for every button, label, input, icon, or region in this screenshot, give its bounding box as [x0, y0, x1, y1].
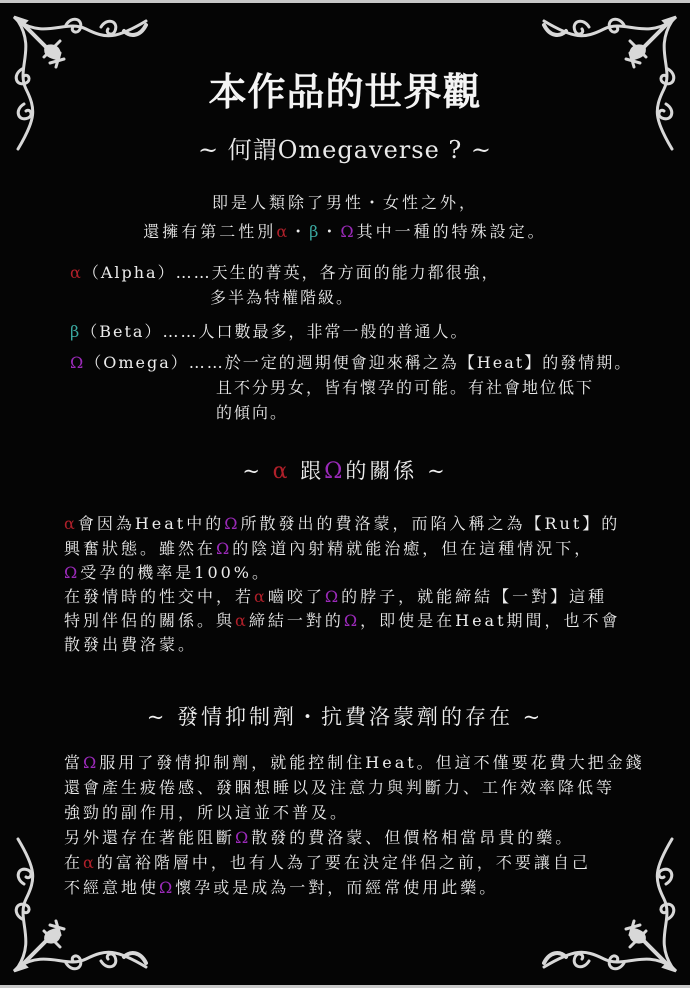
- omega-symbol: Ω: [235, 828, 251, 847]
- suppressant-paragraph-line-2: 還會產生疲倦感、發睏想睡以及注意力與判斷力、工作效率降低等: [64, 777, 615, 799]
- alpha-symbol: α: [276, 222, 290, 241]
- text: 散發出費洛蒙。: [64, 635, 197, 654]
- text: 在: [64, 853, 83, 872]
- text: ，即使是在Heat期間，也不會: [360, 611, 620, 630]
- text: 的富裕階層中，也有人為了要在決定伴侶之前，不要讓自己: [97, 853, 591, 872]
- alpha-symbol: α: [83, 853, 97, 872]
- intro-text: 還擁有第二性別: [143, 222, 276, 241]
- alpha-symbol: α: [70, 263, 83, 282]
- intro-line-1: 即是人類除了男性・女性之外，: [0, 192, 690, 214]
- heading-text: 的關係 ~: [345, 459, 447, 483]
- page-subtitle: ~ 何謂Omegaverse ? ~: [0, 130, 690, 165]
- document-page: 本作品的世界觀 ~ 何謂Omegaverse ? ~ 即是人類除了男性・女性之外…: [0, 3, 690, 985]
- beta-symbol: β: [309, 222, 321, 241]
- text: 的脖子，就能締結【一對】這種: [341, 587, 607, 606]
- suppressant-paragraph-line-4: 另外還存在著能阻斷Ω散發的費洛蒙、但價格相當昂貴的藥。: [64, 827, 574, 849]
- relation-paragraph-line-4: 在發情時的性交中，若α嚙咬了Ω的脖子，就能締結【一對】這種: [64, 586, 607, 608]
- text: 懷孕或是成為一對，而經常使用此藥。: [175, 878, 498, 897]
- suppressant-paragraph-line-1: 當Ω服用了發情抑制劑，就能控制住Heat。但這不僅要花費大把金錢: [64, 752, 645, 774]
- intro-line-2: 還擁有第二性別α・β・Ω其中一種的特殊設定。: [0, 221, 690, 243]
- relation-paragraph-line-2: 興奮狀態。雖然在Ω的陰道內射精就能治癒，但在這種情況下，: [64, 538, 593, 560]
- text: 服用了發情抑制劑，就能控制住Heat。但這不僅要花費大把金錢: [99, 753, 644, 772]
- definition-omega: Ω（Omega）……於一定的週期便會迎來稱之為【Heat】的發情期。: [70, 352, 632, 374]
- definition-alpha-cont: 多半為特權階級。: [210, 287, 354, 309]
- omega-symbol: Ω: [64, 563, 80, 582]
- text: 在發情時的性交中，若: [64, 587, 254, 606]
- definition-omega-cont-2: 的傾向。: [216, 402, 288, 424]
- text: 另外還存在著能阻斷: [64, 828, 235, 847]
- definition-beta: β（Beta）……人口數最多，非常一般的普通人。: [70, 321, 468, 343]
- omega-symbol: Ω: [324, 459, 345, 484]
- section-heading-suppressant: ~ 發情抑制劑・抗費洛蒙劑的存在 ~: [0, 701, 690, 731]
- alpha-symbol: α: [254, 587, 268, 606]
- suppressant-paragraph-line-5: 在α的富裕階層中，也有人為了要在決定伴侶之前，不要讓自己: [64, 852, 591, 874]
- suppressant-paragraph-line-3: 強勁的副作用，所以這並不普及。: [64, 802, 349, 824]
- text: 散發的費洛蒙、但價格相當昂貴的藥。: [251, 828, 574, 847]
- text: 會因為Heat中的: [78, 514, 224, 533]
- definition-beta-text: （Beta）……人口數最多，非常一般的普通人。: [81, 322, 468, 341]
- omega-symbol: Ω: [224, 514, 240, 533]
- suppressant-paragraph-line-6: 不經意地使Ω懷孕或是成為一對，而經常使用此藥。: [64, 877, 498, 899]
- definition-alpha-text: （Alpha）……天生的菁英，各方面的能力都很強，: [83, 263, 500, 282]
- text: 締結一對的: [249, 611, 344, 630]
- intro-text: 其中一種的特殊設定。: [357, 222, 547, 241]
- relation-paragraph-line-3: Ω受孕的機率是100%。: [64, 562, 271, 584]
- text: 所散發出的費洛蒙，而陷入稱之為【Rut】的: [240, 514, 620, 533]
- text: 特別伴侶的關係。與: [64, 611, 235, 630]
- omega-symbol: Ω: [340, 222, 356, 241]
- omega-symbol: Ω: [344, 611, 360, 630]
- heading-text: 跟: [300, 459, 324, 483]
- omega-symbol: Ω: [159, 878, 175, 897]
- relation-paragraph-line-1: α會因為Heat中的Ω所散發出的費洛蒙，而陷入稱之為【Rut】的: [64, 513, 620, 535]
- definition-omega-cont-1: 且不分男女，皆有懷孕的可能。有社會地位低下: [216, 377, 594, 399]
- alpha-symbol: α: [64, 514, 78, 533]
- page-title: 本作品的世界觀: [0, 61, 690, 116]
- omega-symbol: Ω: [83, 753, 99, 772]
- text: 的陰道內射精就能治癒，但在這種情況下，: [232, 539, 593, 558]
- omega-symbol: Ω: [70, 353, 85, 372]
- text: 不經意地使: [64, 878, 159, 897]
- text: 興奮狀態。雖然在: [64, 539, 216, 558]
- alpha-symbol: α: [235, 611, 249, 630]
- text: 嚙咬了: [268, 587, 325, 606]
- separator: ・: [321, 222, 340, 241]
- relation-paragraph-line-5: 特別伴侶的關係。與α締結一對的Ω，即使是在Heat期間，也不會: [64, 610, 621, 632]
- definition-omega-text: （Omega）……於一定的週期便會迎來稱之為【Heat】的發情期。: [85, 353, 632, 372]
- tilde: ~: [242, 459, 272, 483]
- text: 當: [64, 753, 83, 772]
- alpha-symbol: α: [273, 459, 291, 484]
- text: 受孕的機率是100%。: [80, 563, 271, 582]
- omega-symbol: Ω: [216, 539, 232, 558]
- beta-symbol: β: [70, 322, 81, 341]
- separator: ・: [290, 222, 309, 241]
- relation-paragraph-line-6: 散發出費洛蒙。: [64, 634, 197, 656]
- section-heading-relation: ~ α 跟Ω的關係 ~: [0, 455, 690, 485]
- omega-symbol: Ω: [325, 587, 341, 606]
- definition-alpha: α（Alpha）……天生的菁英，各方面的能力都很強，: [70, 262, 500, 284]
